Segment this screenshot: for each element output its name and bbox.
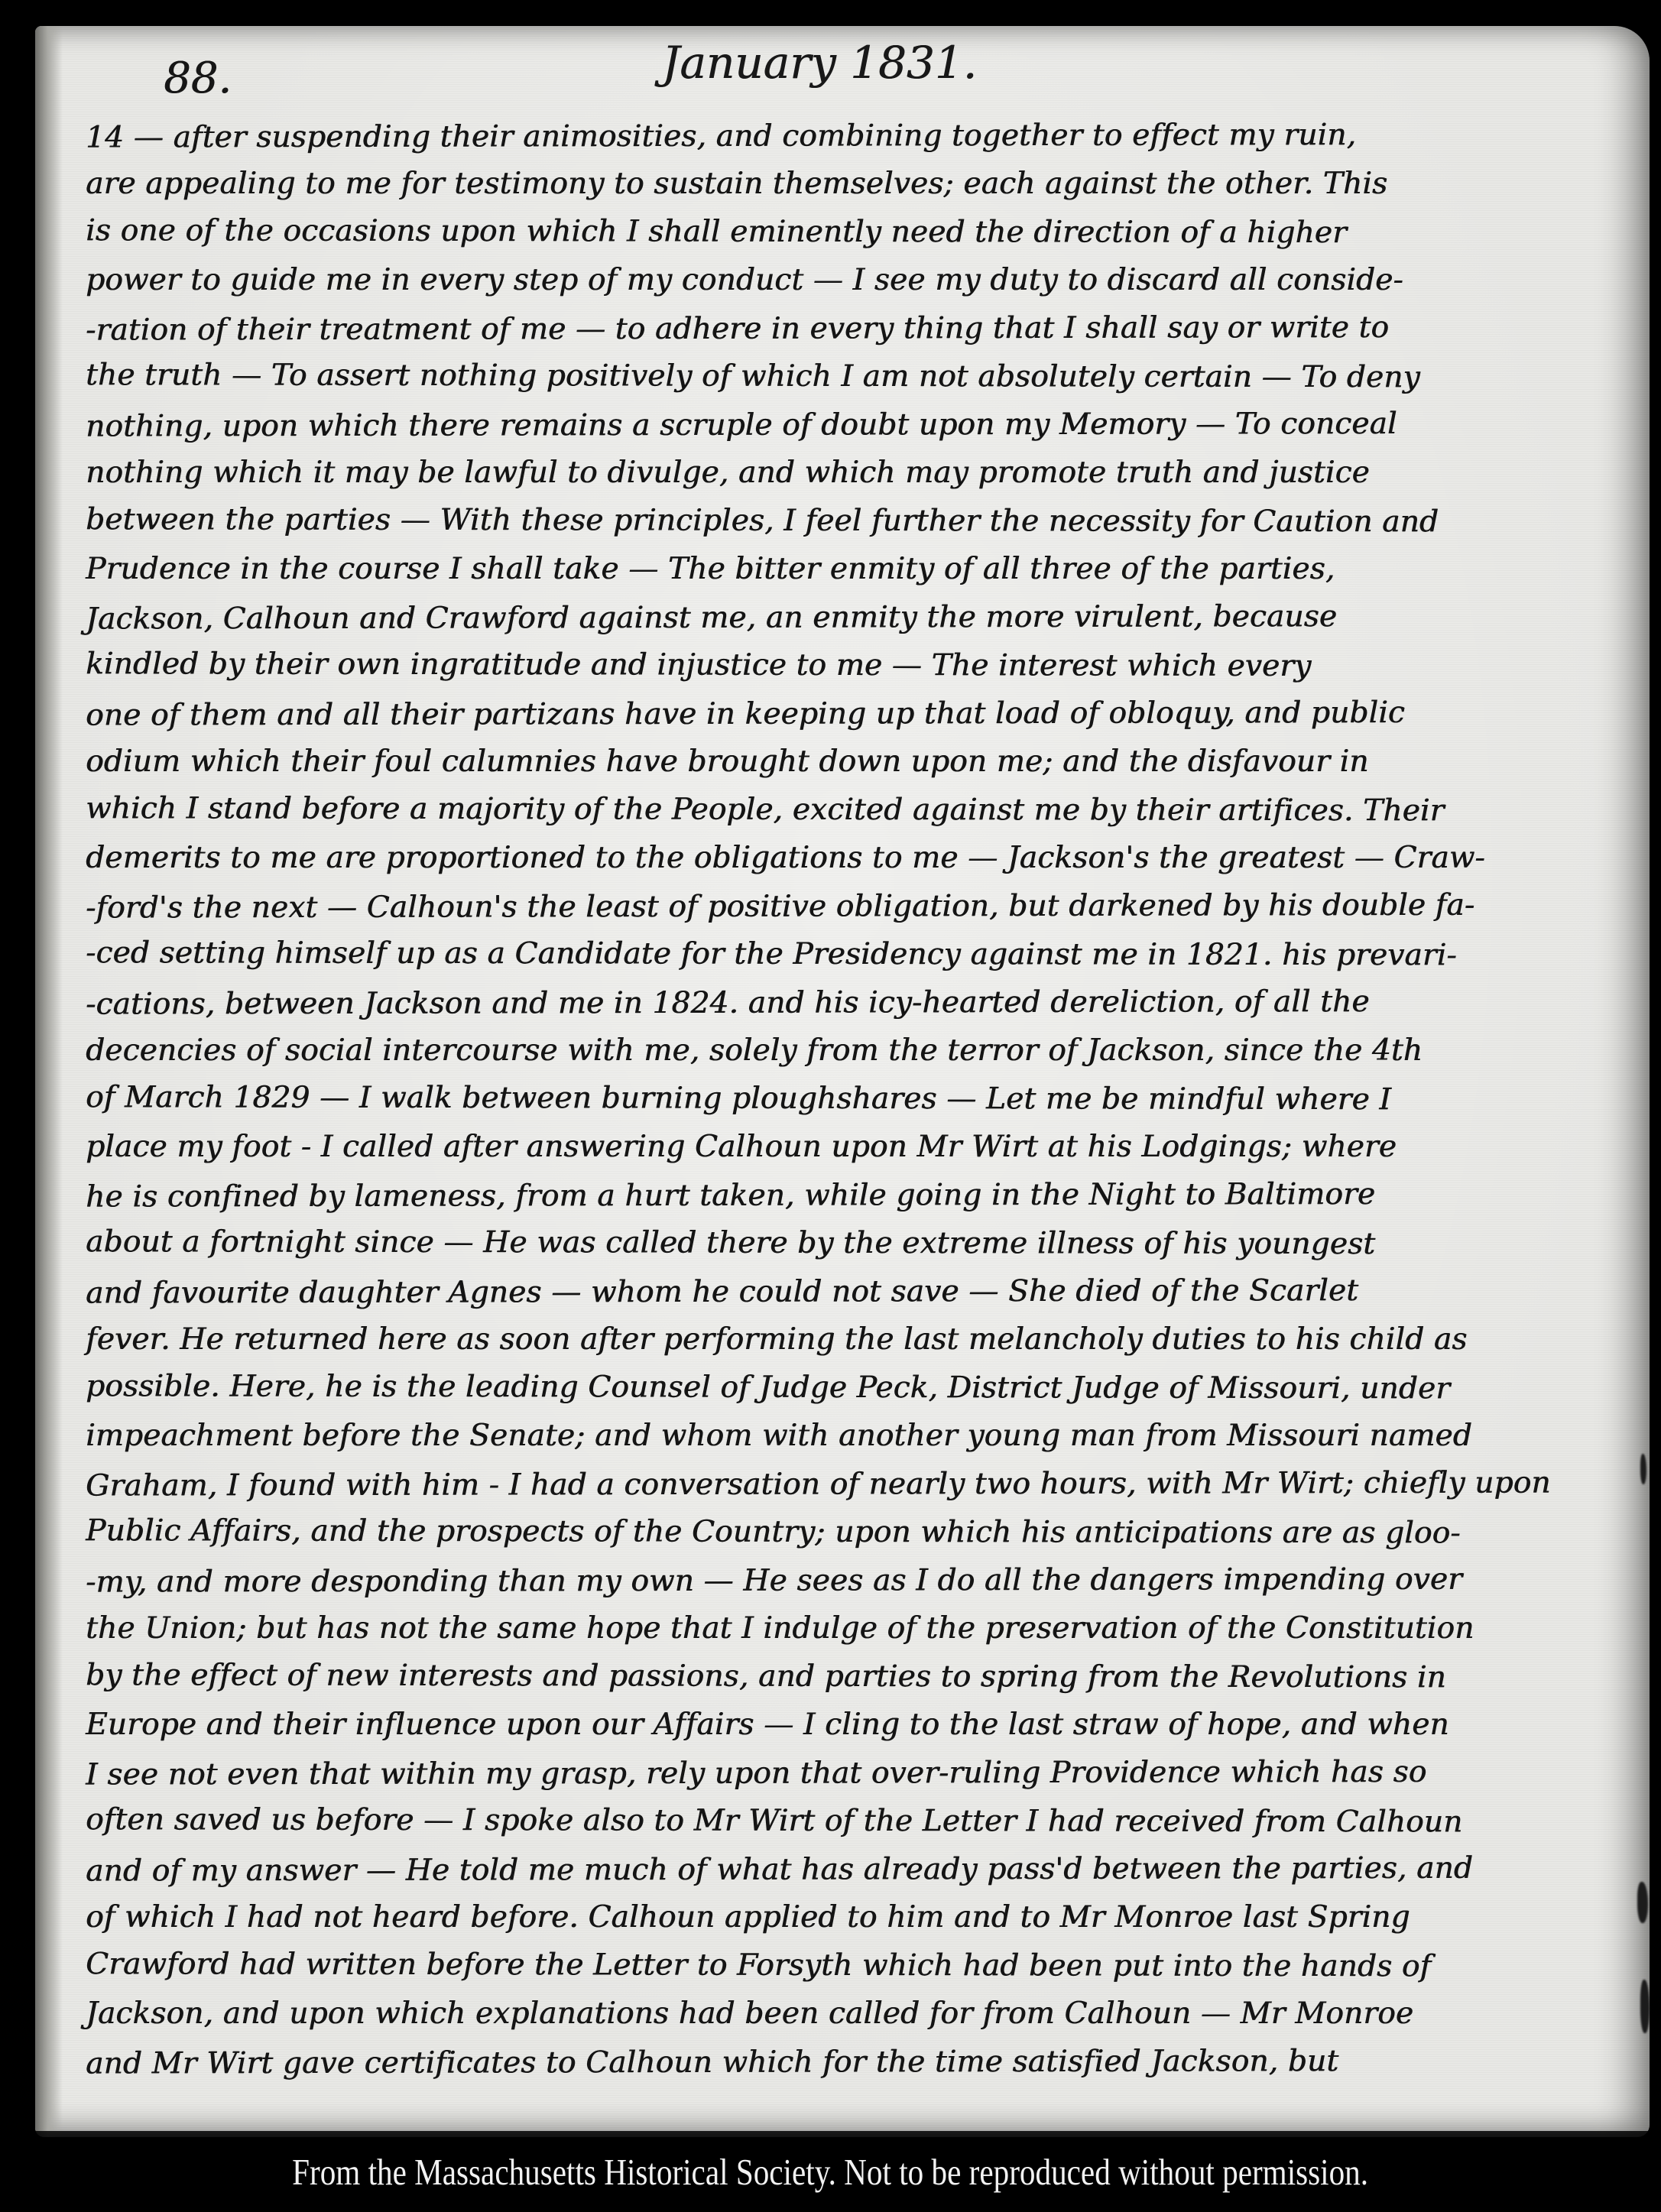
repository-caption-bar: From the Massachusetts Historical Societ… — [0, 2131, 1661, 2212]
handwriting-line: power to guide me in every step of my co… — [86, 256, 1627, 304]
handwriting-line: one of them and all their partizans have… — [86, 688, 1627, 739]
handwriting-line: -cations, between Jackson and me in 1824… — [86, 977, 1627, 1028]
handwriting-line: place my foot - I called after answering… — [86, 1123, 1627, 1171]
handwriting-line: of March 1829 — I walk between burning p… — [86, 1073, 1627, 1124]
handwriting-line: impeachment before the Senate; and whom … — [86, 1412, 1627, 1460]
handwriting-line: Public Affairs, and the prospects of the… — [86, 1507, 1627, 1558]
adjacent-page-ink-mark — [1637, 1882, 1648, 1923]
manuscript-page: 88. January 1831. 14 — after suspending … — [35, 26, 1650, 2137]
handwriting-line: Crawford had written before the Letter t… — [86, 1940, 1627, 1991]
repository-caption-text: From the Massachusetts Historical Societ… — [293, 2150, 1369, 2194]
handwriting-line: odium which their foul calumnies have br… — [86, 738, 1627, 786]
handwriting-line: nothing which it may be lawful to divulg… — [86, 449, 1627, 497]
handwriting-line: Prudence in the course I shall take — Th… — [86, 545, 1627, 593]
handwriting-line: demerits to me are proportioned to the o… — [86, 834, 1627, 882]
handwriting-line: Europe and their influence upon our Affa… — [86, 1701, 1627, 1749]
manuscript-scan: 88. January 1831. 14 — after suspending … — [0, 0, 1661, 2212]
handwriting-line: between the parties — With these princip… — [86, 495, 1627, 547]
handwriting-line: I see not even that within my grasp, rel… — [86, 1747, 1627, 1798]
handwriting-line: the Union; but has not the same hope tha… — [86, 1604, 1627, 1653]
handwriting-line: Jackson, Calhoun and Crawford against me… — [86, 592, 1627, 643]
handwriting-line: 14 — after suspending their animosities,… — [86, 110, 1627, 161]
handwriting-line: -ration of their treatment of me — to ad… — [86, 303, 1627, 354]
handwriting-line: -ford's the next — Calhoun's the least o… — [86, 881, 1627, 932]
handwriting-line: the truth — To assert nothing positively… — [86, 351, 1627, 402]
handwriting-line: decencies of social intercourse with me,… — [86, 1027, 1627, 1075]
handwriting-line: nothing, upon which there remains a scru… — [86, 399, 1627, 450]
handwriting-line: are appealing to me for testimony to sus… — [86, 160, 1627, 208]
handwriting-line: of which I had not heard before. Calhoun… — [86, 1893, 1627, 1941]
handwriting-line: is one of the occasions upon which I sha… — [86, 206, 1627, 258]
handwriting-line: he is confined by lameness, from a hurt … — [86, 1169, 1627, 1221]
handwriting-line: by the effect of new interests and passi… — [86, 1651, 1627, 1702]
handwriting-line: -my, and more desponding than my own — H… — [86, 1555, 1627, 1606]
book-gutter-shadow — [35, 26, 63, 2137]
handwriting-line: and favourite daughter Agnes — whom he c… — [86, 1266, 1627, 1317]
handwriting-line: Jackson, and upon which explanations had… — [86, 1990, 1627, 2038]
handwriting-line: about a fortnight since — He was called … — [86, 1218, 1627, 1269]
handwriting-line: Graham, I found with him - I had a conve… — [86, 1458, 1627, 1510]
handwriting-line: and Mr Wirt gave certificates to Calhoun… — [86, 2036, 1627, 2087]
diary-entry-body: 14 — after suspending their animosities,… — [86, 112, 1627, 2086]
header-date: January 1831. — [35, 37, 1604, 89]
handwriting-line: often saved us before — I spoke also to … — [86, 1795, 1627, 1847]
handwriting-line: -ced setting himself up as a Candidate f… — [86, 929, 1627, 980]
handwriting-line: which I stand before a majority of the P… — [86, 784, 1627, 835]
adjacent-page-ink-mark — [1640, 1980, 1650, 2033]
handwriting-line: possible. Here, he is the leading Counse… — [86, 1362, 1627, 1413]
adjacent-page-ink-mark — [1640, 1454, 1646, 1484]
handwriting-line: and of my answer — He told me much of wh… — [86, 1844, 1627, 1895]
handwriting-line: fever. He returned here as soon after pe… — [86, 1315, 1627, 1364]
handwriting-line: kindled by their own ingratitude and inj… — [86, 640, 1627, 691]
